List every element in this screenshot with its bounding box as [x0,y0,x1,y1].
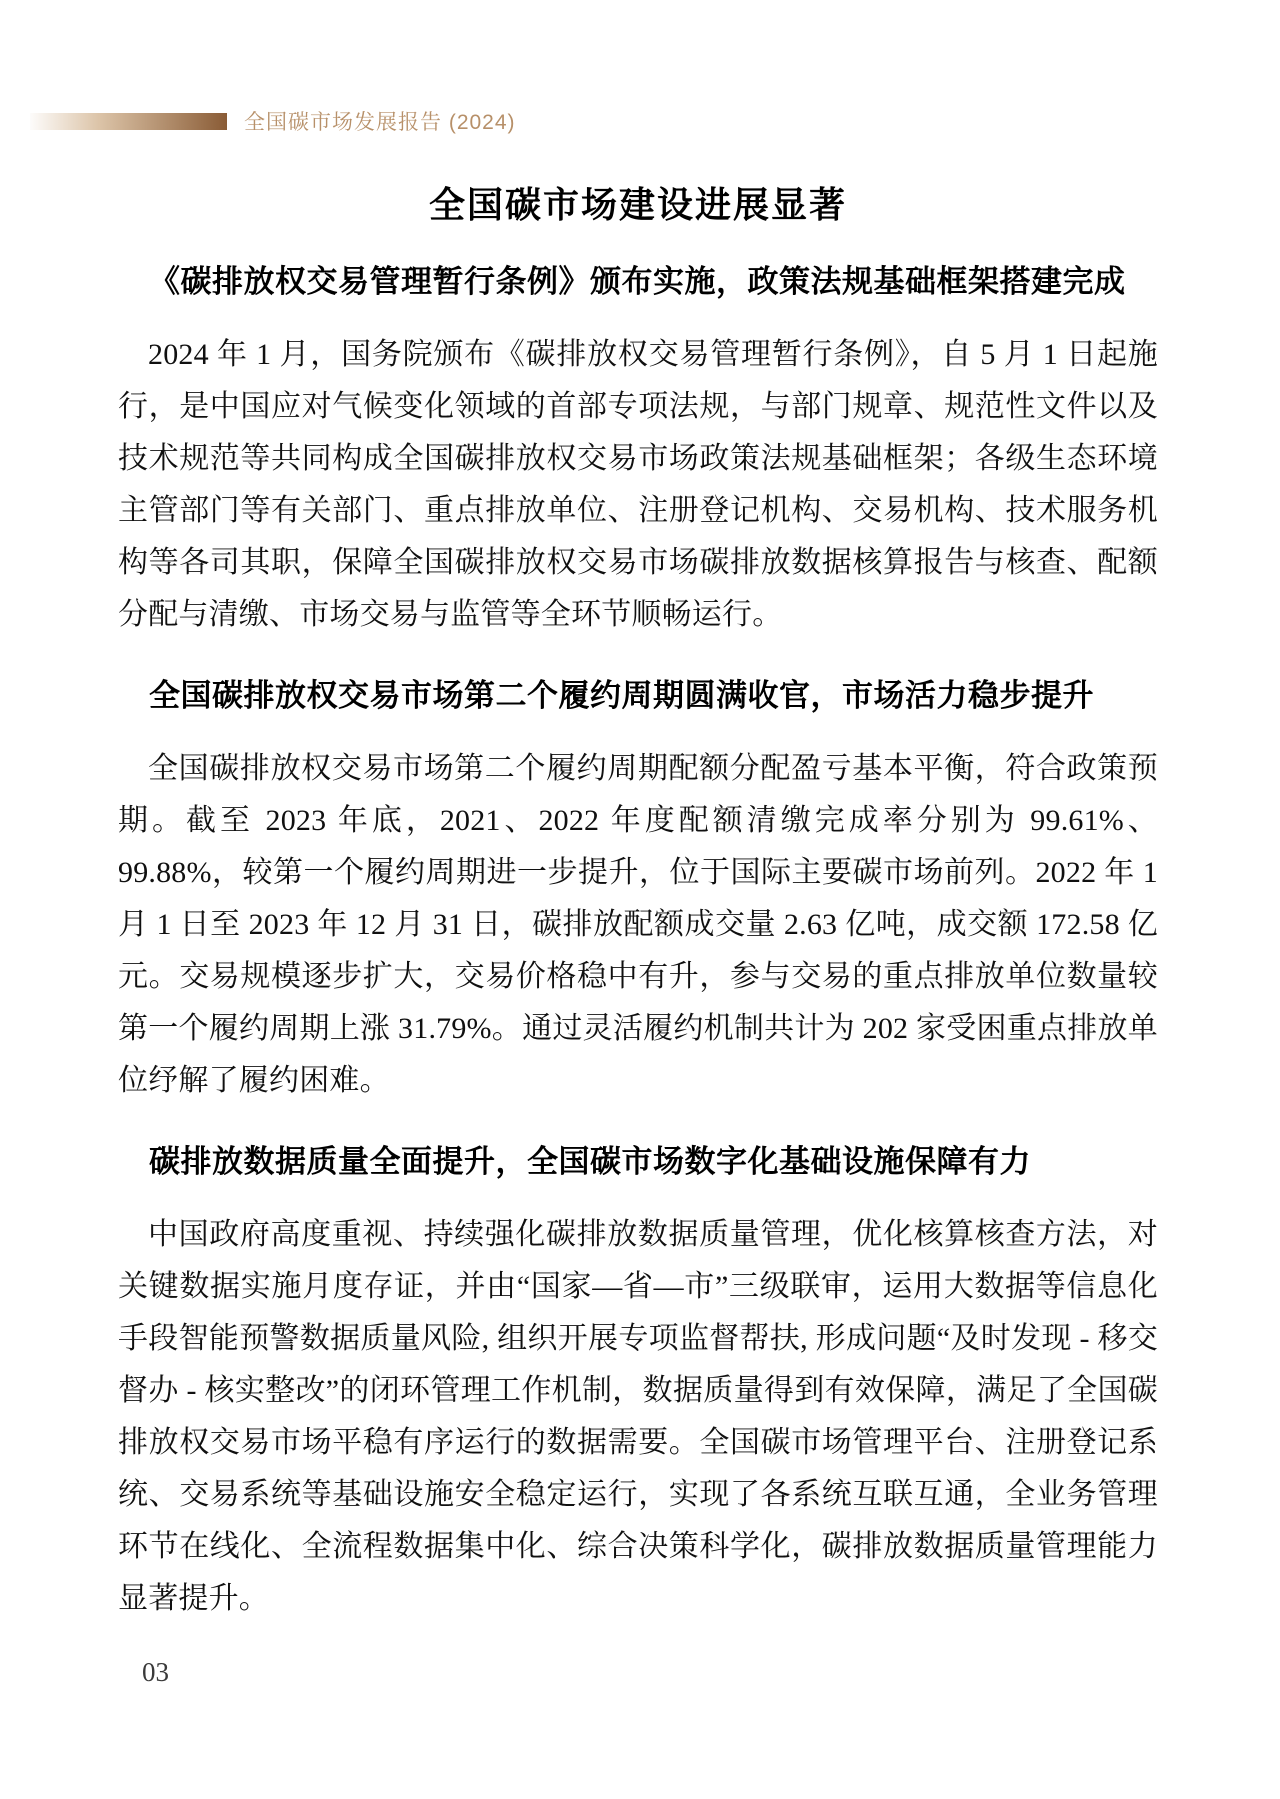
section-heading-data-quality: 碳排放数据质量全面提升，全国碳市场数字化基础设施保障有力 [118,1141,1158,1183]
section-heading-compliance-cycle: 全国碳排放权交易市场第二个履约周期圆满收官，市场活力稳步提升 [118,675,1158,717]
document-body: 全国碳市场建设进展显著 《碳排放权交易管理暂行条例》颁布实施，政策法规基础框架搭… [118,0,1158,1625]
paragraph-data-quality: 中国政府高度重视、持续强化碳排放数据质量管理，优化核算核查方法，对关键数据实施月… [118,1209,1158,1625]
page-number: 03 [142,1657,169,1688]
paragraph-regulation: 2024 年 1 月，国务院颁布《碳排放权交易管理暂行条例》，自 5 月 1 日… [118,329,1158,641]
section-heading-regulation: 《碳排放权交易管理暂行条例》颁布实施，政策法规基础框架搭建完成 [118,261,1158,303]
paragraph-compliance-cycle: 全国碳排放权交易市场第二个履约周期配额分配盈亏基本平衡，符合政策预期。截至 20… [118,743,1158,1107]
page-title: 全国碳市场建设进展显著 [118,183,1158,227]
report-page: { "header": { "report_title": "全国碳市场发展报告… [0,0,1280,1799]
